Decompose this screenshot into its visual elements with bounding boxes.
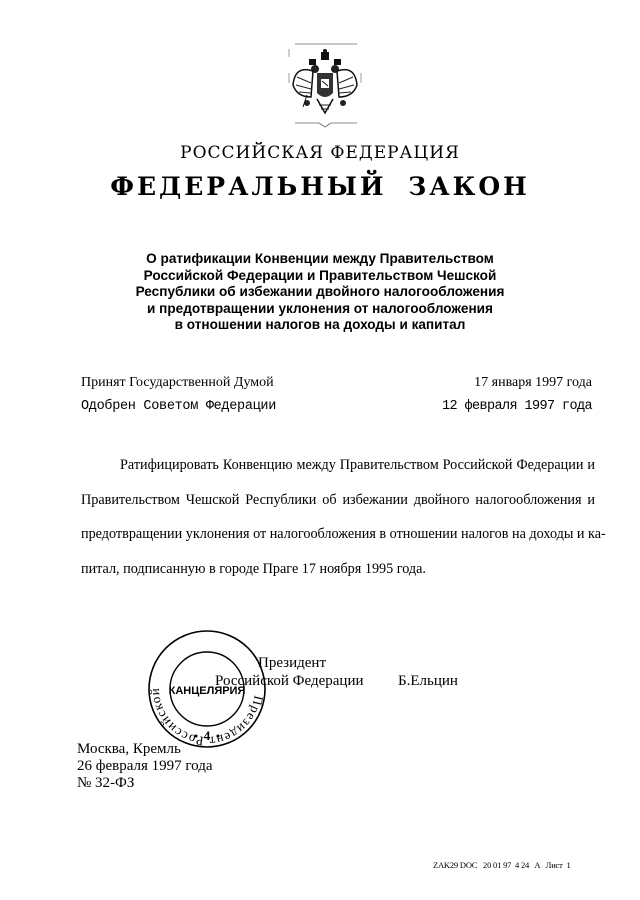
subject-line: Российской Федерации и Правительством Че… bbox=[100, 268, 540, 285]
law-body-paragraph: Ратифицировать Конвенцию между Правитель… bbox=[81, 457, 595, 595]
adopted-by-duma-date: 17 января 1997 года bbox=[474, 375, 592, 391]
subject-line: О ратификации Конвенции между Правительс… bbox=[100, 251, 540, 268]
signing-place: Москва, Кремль bbox=[77, 741, 213, 758]
signatory-title-line1: Президент bbox=[258, 655, 326, 672]
subject-line: в отношении налогов на доходы и капитал bbox=[100, 317, 540, 334]
approved-by-council-date: 12 февраля 1997 года bbox=[442, 399, 592, 414]
russian-coat-of-arms-icon bbox=[285, 35, 365, 130]
signing-place-block: Москва, Кремль 26 февраля 1997 года № 32… bbox=[77, 741, 213, 792]
signatory-name: Б.Ельцин bbox=[398, 673, 458, 690]
document-type-heading: ФЕДЕРАЛЬНЫЙ ЗАКОН bbox=[0, 172, 640, 201]
law-subject-title: О ратификации Конвенции между Правительс… bbox=[100, 251, 540, 334]
signatory-title-line2: Российской Федерации bbox=[215, 673, 364, 690]
approved-by-council-label: Одобрен Советом Федерации bbox=[81, 399, 276, 414]
body-line: Правительством Чешской Республики об изб… bbox=[81, 492, 595, 527]
subject-line: и предотвращении уклонения от налогообло… bbox=[100, 301, 540, 318]
body-line: питал, подписанную в городе Праге 17 ноя… bbox=[81, 561, 595, 596]
subject-line: Республики об избежании двойного налогоо… bbox=[100, 284, 540, 301]
body-line: Ратифицировать Конвенцию между Правитель… bbox=[81, 457, 595, 492]
body-line: предотвращении уклонения от налогообложе… bbox=[81, 526, 595, 561]
page-footer-code: ZAK29 DOC 20 01 97 4 24 A Лист 1 bbox=[433, 860, 571, 870]
signing-date: 26 февраля 1997 года bbox=[77, 758, 213, 775]
country-heading: РОССИЙСКАЯ ФЕДЕРАЦИЯ bbox=[0, 143, 640, 163]
law-number: № 32-ФЗ bbox=[77, 775, 213, 792]
adopted-by-duma-label: Принят Государственной Думой bbox=[81, 375, 274, 391]
